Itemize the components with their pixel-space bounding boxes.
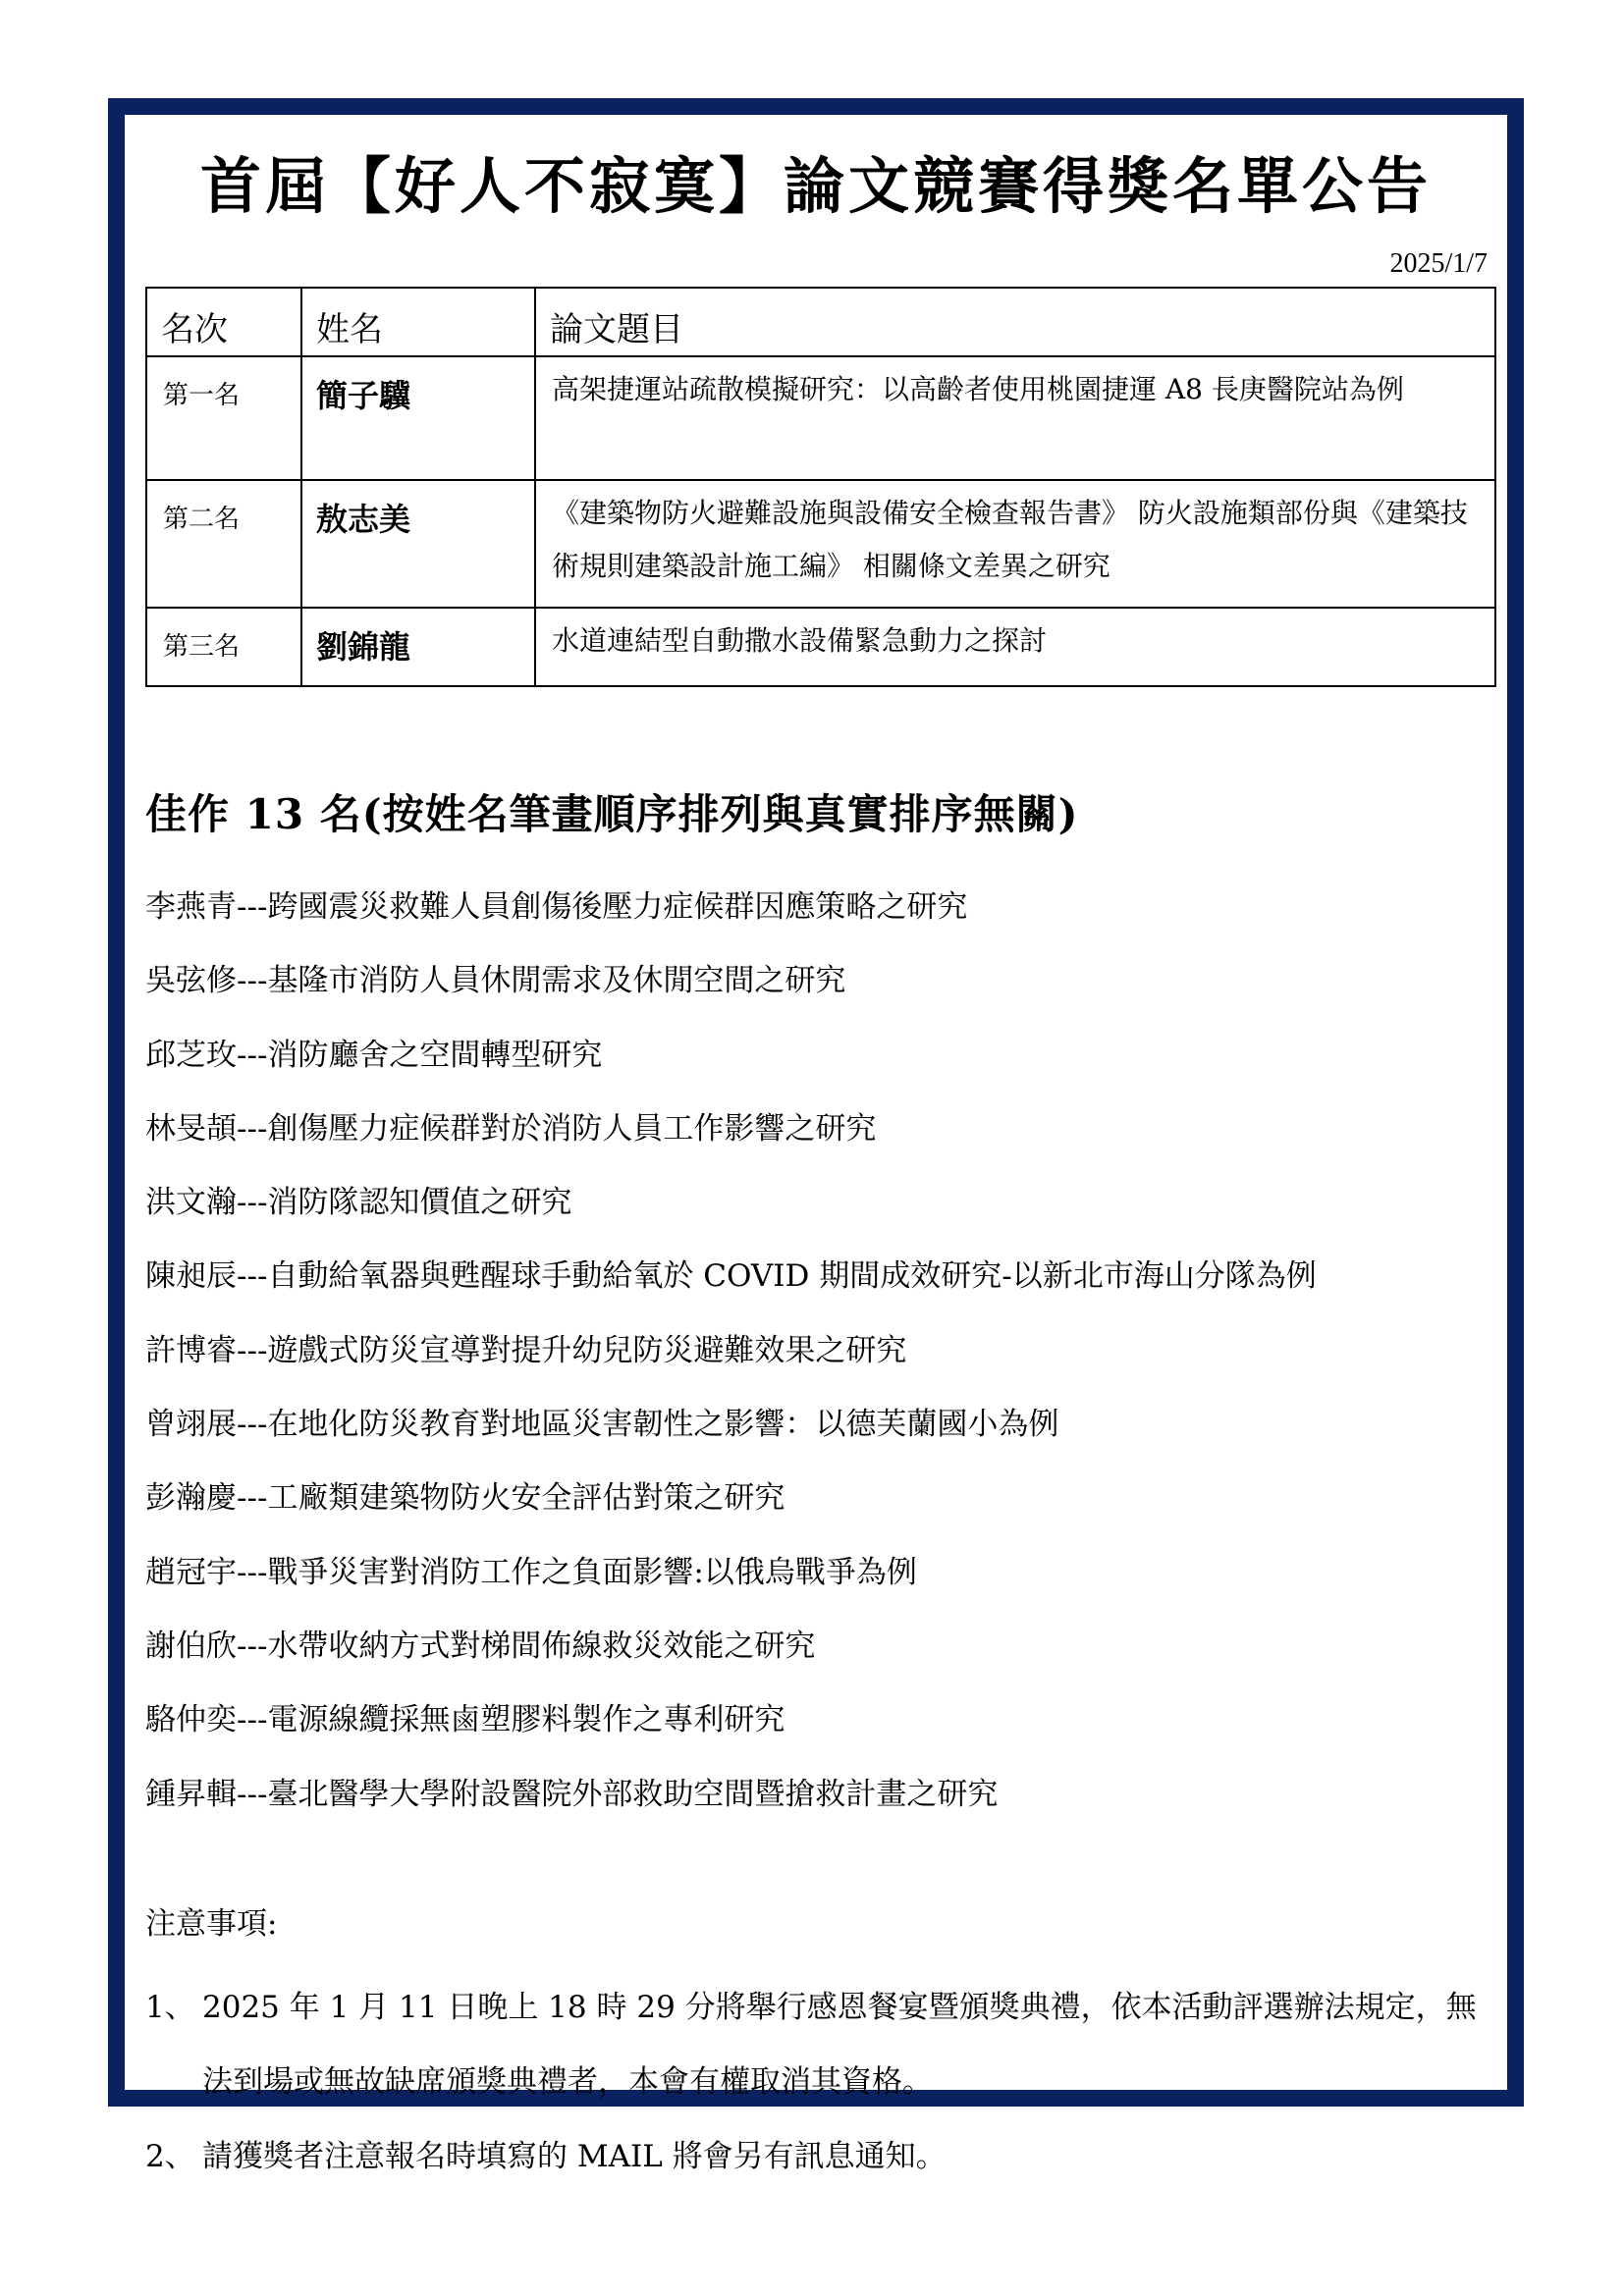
table-row: 第一名 簡子驥 高架捷運站疏散模擬研究：以高齡者使用桃園捷運 A8 長庚醫院站為… <box>146 356 1495 480</box>
entrant-name: 吳弦修 <box>145 944 237 1018</box>
paper-title: 高架捷運站疏散模擬研究：以高齡者使用桃園捷運 A8 長庚醫院站為例 <box>535 356 1495 480</box>
entry-title: 工廠類建築物防火安全評估對策之研究 <box>267 1462 1500 1535</box>
list-item: 李燕青---跨國震災救難人員創傷後壓力症候群因應策略之研究 <box>145 871 1500 944</box>
entry-title: 消防隊認知價值之研究 <box>267 1166 1500 1240</box>
winner-name: 劉錦龍 <box>301 608 535 686</box>
note-text: 請獲獎者注意報名時填寫的 MAIL 將會另有訊息通知。 <box>202 2119 1505 2194</box>
separator: --- <box>237 1019 267 1093</box>
entry-title: 電源線纜採無鹵塑膠料製作之專利研究 <box>267 1683 1500 1757</box>
entrant-name: 林旻頡 <box>145 1093 237 1166</box>
paper-title: 《建築物防火避難設施與設備安全檢查報告書》 防火設施類部份與《建築技術規則建築設… <box>535 480 1495 608</box>
list-item: 許博睿---遊戲式防災宣導對提升幼兒防災避難效果之研究 <box>145 1314 1500 1388</box>
paper-title: 水道連結型自動撒水設備緊急動力之探討 <box>535 608 1495 686</box>
list-item: 彭瀚慶---工廠類建築物防火安全評估對策之研究 <box>145 1462 1500 1535</box>
list-item: 陳昶辰---自動給氧器與甦醒球手動給氧於 COVID 期間成效研究-以新北市海山… <box>145 1240 1500 1313</box>
list-item: 謝伯欣---水帶收納方式對梯間佈線救災效能之研究 <box>145 1610 1500 1683</box>
separator: --- <box>237 1240 267 1313</box>
separator: --- <box>237 1314 267 1388</box>
header-name: 姓名 <box>301 288 535 356</box>
document-frame: 首屆【好人不寂寞】論文競賽得獎名單公告 2025/1/7 名次 姓名 論文題目 … <box>108 98 1524 2107</box>
separator: --- <box>237 1536 267 1610</box>
entry-title: 自動給氧器與甦醒球手動給氧於 COVID 期間成效研究-以新北市海山分隊為例 <box>267 1240 1500 1313</box>
note-number: 2、 <box>145 2119 202 2194</box>
note-number: 1、 <box>145 1970 202 2119</box>
entrant-name: 趙冠宇 <box>145 1536 237 1610</box>
notes-list: 1、 2025 年 1 月 11 日晚上 18 時 29 分將舉行感恩餐宴暨頒獎… <box>145 1970 1505 2194</box>
table-row: 第二名 敖志美 《建築物防火避難設施與設備安全檢查報告書》 防火設施類部份與《建… <box>146 480 1495 608</box>
entry-title: 在地化防災教育對地區災害韌性之影響：以德芙蘭國小為例 <box>267 1388 1500 1462</box>
list-item: 趙冠宇---戰爭災害對消防工作之負面影響:以俄烏戰爭為例 <box>145 1536 1500 1610</box>
entry-title: 戰爭災害對消防工作之負面影響:以俄烏戰爭為例 <box>267 1536 1500 1610</box>
separator: --- <box>237 1388 267 1462</box>
entrant-name: 陳昶辰 <box>145 1240 237 1313</box>
entry-title: 基隆市消防人員休閒需求及休閒空間之研究 <box>267 944 1500 1018</box>
rank-cell: 第二名 <box>146 480 301 608</box>
entry-title: 水帶收納方式對梯間佈線救災效能之研究 <box>267 1610 1500 1683</box>
separator: --- <box>237 1462 267 1535</box>
list-item: 邱芝玫---消防廳舍之空間轉型研究 <box>145 1019 1500 1093</box>
rank-cell: 第一名 <box>146 356 301 480</box>
winner-name: 敖志美 <box>301 480 535 608</box>
table-header-row: 名次 姓名 論文題目 <box>146 288 1495 356</box>
entrant-name: 邱芝玫 <box>145 1019 237 1093</box>
entry-title: 臺北醫學大學附設醫院外部救助空間暨搶救計畫之研究 <box>267 1758 1500 1832</box>
entrant-name: 駱仲奕 <box>145 1683 237 1757</box>
publish-date: 2025/1/7 <box>1389 248 1488 280</box>
list-item: 曾翊展---在地化防災教育對地區災害韌性之影響：以德芙蘭國小為例 <box>145 1388 1500 1462</box>
separator: --- <box>237 944 267 1018</box>
note-item: 1、 2025 年 1 月 11 日晚上 18 時 29 分將舉行感恩餐宴暨頒獎… <box>145 1970 1505 2119</box>
rank-cell: 第三名 <box>146 608 301 686</box>
note-text: 2025 年 1 月 11 日晚上 18 時 29 分將舉行感恩餐宴暨頒獎典禮，… <box>202 1970 1505 2119</box>
header-paper: 論文題目 <box>535 288 1495 356</box>
entrant-name: 許博睿 <box>145 1314 237 1388</box>
separator: --- <box>237 1610 267 1683</box>
awards-table: 名次 姓名 論文題目 第一名 簡子驥 高架捷運站疏散模擬研究：以高齡者使用桃園捷… <box>145 287 1496 687</box>
honorable-mentions-list: 李燕青---跨國震災救難人員創傷後壓力症候群因應策略之研究 吳弦修---基隆市消… <box>145 871 1500 1832</box>
list-item: 鍾昇輯---臺北醫學大學附設醫院外部救助空間暨搶救計畫之研究 <box>145 1758 1500 1832</box>
note-item: 2、 請獲獎者注意報名時填寫的 MAIL 將會另有訊息通知。 <box>145 2119 1505 2194</box>
entrant-name: 曾翊展 <box>145 1388 237 1462</box>
list-item: 林旻頡---創傷壓力症候群對於消防人員工作影響之研究 <box>145 1093 1500 1166</box>
separator: --- <box>237 1093 267 1166</box>
list-item: 駱仲奕---電源線纜採無鹵塑膠料製作之專利研究 <box>145 1683 1500 1757</box>
notes-heading: 注意事項: <box>145 1898 277 1943</box>
entry-title: 遊戲式防災宣導對提升幼兒防災避難效果之研究 <box>267 1314 1500 1388</box>
entrant-name: 洪文瀚 <box>145 1166 237 1240</box>
list-item: 洪文瀚---消防隊認知價值之研究 <box>145 1166 1500 1240</box>
entry-title: 消防廳舍之空間轉型研究 <box>267 1019 1500 1093</box>
separator: --- <box>237 1683 267 1757</box>
honorable-mentions-heading: 佳作 13 名(按姓名筆畫順序排列與真實排序無關) <box>145 782 1078 841</box>
separator: --- <box>237 1166 267 1240</box>
list-item: 吳弦修---基隆市消防人員休閒需求及休閒空間之研究 <box>145 944 1500 1018</box>
page-title: 首屆【好人不寂寞】論文競賽得獎名單公告 <box>125 156 1507 217</box>
entrant-name: 謝伯欣 <box>145 1610 237 1683</box>
entry-title: 創傷壓力症候群對於消防人員工作影響之研究 <box>267 1093 1500 1166</box>
table-row: 第三名 劉錦龍 水道連結型自動撒水設備緊急動力之探討 <box>146 608 1495 686</box>
winner-name: 簡子驥 <box>301 356 535 480</box>
entry-title: 跨國震災救難人員創傷後壓力症候群因應策略之研究 <box>267 871 1500 944</box>
header-rank: 名次 <box>146 288 301 356</box>
entrant-name: 彭瀚慶 <box>145 1462 237 1535</box>
separator: --- <box>237 871 267 944</box>
entrant-name: 鍾昇輯 <box>145 1758 237 1832</box>
separator: --- <box>237 1758 267 1832</box>
entrant-name: 李燕青 <box>145 871 237 944</box>
